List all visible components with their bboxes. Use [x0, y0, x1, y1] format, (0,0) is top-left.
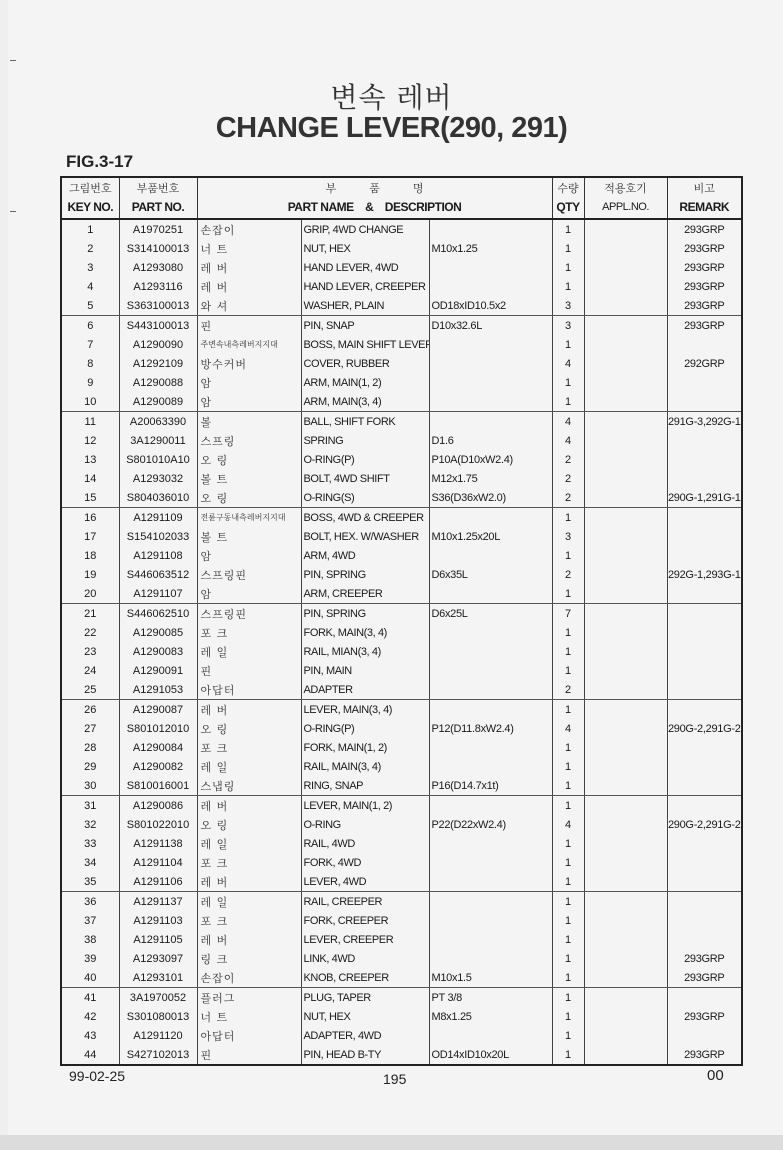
- part-name-english-cell: SPRING: [301, 431, 429, 450]
- remark-cell: [667, 776, 742, 796]
- qty-cell: 1: [552, 700, 584, 720]
- table-row: 39A1293097링 크LINK, 4WD1293GRP: [61, 949, 742, 968]
- remark-cell: [667, 834, 742, 853]
- table-row: 19S446063512스프링핀PIN, SPRINGD6x35L2292G-1…: [61, 565, 742, 584]
- part-name-korean-cell: 오 링: [197, 488, 301, 508]
- header-part-no: 부품번호 PART NO.: [119, 177, 197, 219]
- table-row: 21S446062510스프링핀PIN, SPRINGD6x25L7: [61, 604, 742, 624]
- table-row: 29A1290082레 일RAIL, MAIN(3, 4)1: [61, 757, 742, 776]
- header-qty: 수량 QTY: [552, 177, 584, 219]
- remark-cell: 293GRP: [667, 316, 742, 336]
- part-name-korean-cell: 레 버: [197, 872, 301, 892]
- part-no-cell: A1293097: [119, 949, 197, 968]
- table-row: 413A1970052플러그PLUG, TAPERPT 3/81: [61, 988, 742, 1008]
- part-name-korean-cell: 암: [197, 546, 301, 565]
- qty-cell: 1: [552, 853, 584, 872]
- part-name-korean-cell: 오 링: [197, 450, 301, 469]
- key-no-cell: 30: [61, 776, 119, 796]
- key-no-cell: 26: [61, 700, 119, 720]
- page-number: 195: [383, 1071, 406, 1087]
- part-spec-cell: [429, 661, 552, 680]
- table-row: 28A1290084포 크FORK, MAIN(1, 2)1: [61, 738, 742, 757]
- part-no-cell: S314100013: [119, 239, 197, 258]
- table-row: 22A1290085포 크FORK, MAIN(3, 4)1: [61, 623, 742, 642]
- remark-cell: [667, 335, 742, 354]
- appl-no-cell: [584, 508, 667, 528]
- qty-cell: 2: [552, 450, 584, 469]
- appl-no-cell: [584, 719, 667, 738]
- remark-cell: 290G-1,291G-1: [667, 488, 742, 508]
- part-no-cell: A1293101: [119, 968, 197, 988]
- appl-no-cell: [584, 988, 667, 1008]
- key-no-cell: 7: [61, 335, 119, 354]
- part-no-cell: A1291109: [119, 508, 197, 528]
- table-header-row: 그림번호 KEY NO. 부품번호 PART NO. 부 품 명 PART NA…: [61, 177, 742, 219]
- qty-cell: 3: [552, 527, 584, 546]
- table-row: 24A1290091 핀PIN, MAIN1: [61, 661, 742, 680]
- part-name-english-cell: FORK, MAIN(3, 4): [301, 623, 429, 642]
- part-name-korean-cell: 포 크: [197, 911, 301, 930]
- qty-cell: 4: [552, 412, 584, 432]
- part-name-korean-cell: 주변속내측레버지지대: [197, 335, 301, 354]
- part-spec-cell: P12(D11.8xW2.4): [429, 719, 552, 738]
- part-name-korean-cell: 스냅링: [197, 776, 301, 796]
- appl-no-cell: [584, 642, 667, 661]
- appl-no-cell: [584, 373, 667, 392]
- table-row: 37A1291103포 크FORK, CREEPER1: [61, 911, 742, 930]
- part-name-korean-cell: 와 셔: [197, 296, 301, 316]
- part-name-korean-cell: 너 트: [197, 1007, 301, 1026]
- qty-cell: 1: [552, 258, 584, 277]
- part-no-cell: S443100013: [119, 316, 197, 336]
- table-row: 13S801010A10오 링O-RING(P)P10A(D10xW2.4)2: [61, 450, 742, 469]
- remark-cell: [667, 527, 742, 546]
- appl-no-cell: [584, 296, 667, 316]
- remark-cell: [667, 1026, 742, 1045]
- key-no-cell: 18: [61, 546, 119, 565]
- remark-cell: 290G-2,291G-2: [667, 719, 742, 738]
- key-no-cell: 42: [61, 1007, 119, 1026]
- qty-cell: 1: [552, 892, 584, 912]
- table-row: 23A1290083레 일RAIL, MIAN(3, 4)1: [61, 642, 742, 661]
- appl-no-cell: [584, 469, 667, 488]
- part-name-english-cell: RING, SNAP: [301, 776, 429, 796]
- part-spec-cell: [429, 546, 552, 565]
- part-name-korean-cell: 볼 트: [197, 469, 301, 488]
- table-row: 36A1291137레 일RAIL, CREEPER1: [61, 892, 742, 912]
- appl-no-cell: [584, 776, 667, 796]
- key-no-cell: 27: [61, 719, 119, 738]
- remark-cell: 290G-2,291G-2: [667, 815, 742, 834]
- key-no-cell: 44: [61, 1045, 119, 1065]
- part-name-korean-cell: 너 트: [197, 239, 301, 258]
- part-name-english-cell: PIN, MAIN: [301, 661, 429, 680]
- part-name-korean-cell: 오 링: [197, 719, 301, 738]
- part-name-korean-cell: 링 크: [197, 949, 301, 968]
- appl-no-cell: [584, 335, 667, 354]
- appl-no-cell: [584, 930, 667, 949]
- part-spec-cell: [429, 930, 552, 949]
- part-name-english-cell: FORK, 4WD: [301, 853, 429, 872]
- qty-cell: 4: [552, 431, 584, 450]
- part-spec-cell: [429, 277, 552, 296]
- table-row: 16A1291109전륜구동내측레버지지대BOSS, 4WD & CREEPER…: [61, 508, 742, 528]
- part-name-english-cell: GRIP, 4WD CHANGE: [301, 219, 429, 239]
- part-no-cell: 3A1290011: [119, 431, 197, 450]
- part-spec-cell: [429, 1026, 552, 1045]
- part-name-korean-cell: 레 버: [197, 700, 301, 720]
- table-row: 15S804036010오 링O-RING(S)S36(D36xW2.0)229…: [61, 488, 742, 508]
- part-no-cell: A20063390: [119, 412, 197, 432]
- remark-cell: [667, 431, 742, 450]
- part-name-korean-cell: 포 크: [197, 738, 301, 757]
- qty-cell: 2: [552, 469, 584, 488]
- table-row: 20A1291107 암ARM, CREEPER1: [61, 584, 742, 604]
- qty-cell: 1: [552, 277, 584, 296]
- part-no-cell: S154102033: [119, 527, 197, 546]
- remark-cell: 293GRP: [667, 239, 742, 258]
- qty-cell: 1: [552, 1026, 584, 1045]
- remark-cell: [667, 680, 742, 700]
- footer-date: 99-02-25: [69, 1068, 125, 1084]
- part-name-korean-cell: 볼: [197, 412, 301, 432]
- revision-number: 00: [707, 1067, 724, 1084]
- table-row: 38A1291105레 버LEVER, CREEPER1: [61, 930, 742, 949]
- header-appl-no: 적용호기 APPL.NO.: [584, 177, 667, 219]
- appl-no-cell: [584, 239, 667, 258]
- part-name-english-cell: O-RING: [301, 815, 429, 834]
- part-name-english-cell: RAIL, MIAN(3, 4): [301, 642, 429, 661]
- part-spec-cell: [429, 354, 552, 373]
- part-name-korean-cell: 전륜구동내측레버지지대: [197, 508, 301, 528]
- remark-cell: 293GRP: [667, 949, 742, 968]
- part-spec-cell: [429, 949, 552, 968]
- part-no-cell: A1291138: [119, 834, 197, 853]
- part-name-korean-cell: 오 링: [197, 815, 301, 834]
- appl-no-cell: [584, 1007, 667, 1026]
- part-no-cell: S427102013: [119, 1045, 197, 1065]
- part-no-cell: A1290082: [119, 757, 197, 776]
- qty-cell: 1: [552, 239, 584, 258]
- table-row: 5S363100013와 셔WASHER, PLAINOD18xID10.5x2…: [61, 296, 742, 316]
- qty-cell: 1: [552, 930, 584, 949]
- qty-cell: 3: [552, 296, 584, 316]
- appl-no-cell: [584, 1026, 667, 1045]
- remark-cell: 292G-1,293G-1: [667, 565, 742, 584]
- part-name-korean-cell: 볼 트: [197, 527, 301, 546]
- qty-cell: 1: [552, 968, 584, 988]
- part-no-cell: A1291105: [119, 930, 197, 949]
- page-title-english: CHANGE LEVER(290, 291): [0, 112, 783, 145]
- remark-cell: [667, 469, 742, 488]
- key-no-cell: 34: [61, 853, 119, 872]
- part-name-english-cell: RAIL, 4WD: [301, 834, 429, 853]
- qty-cell: 1: [552, 584, 584, 604]
- part-spec-cell: [429, 892, 552, 912]
- part-name-korean-cell: 스프링핀: [197, 565, 301, 584]
- part-spec-cell: M12x1.75: [429, 469, 552, 488]
- table-row: 32S801022010오 링O-RINGP22(D22xW2.4)4290G-…: [61, 815, 742, 834]
- part-name-korean-cell: 레 버: [197, 277, 301, 296]
- part-name-korean-cell: 스프링: [197, 431, 301, 450]
- parts-table-body: 1A1970251손잡이GRIP, 4WD CHANGE1293GRP2S314…: [61, 219, 742, 1065]
- part-spec-cell: [429, 700, 552, 720]
- table-row: 4A1293116레 버HAND LEVER, CREEPER1293GRP: [61, 277, 742, 296]
- part-no-cell: A1291120: [119, 1026, 197, 1045]
- part-name-korean-cell: 아답터: [197, 1026, 301, 1045]
- part-spec-cell: [429, 738, 552, 757]
- part-name-english-cell: ARM, 4WD: [301, 546, 429, 565]
- appl-no-cell: [584, 796, 667, 816]
- table-row: 10A1290089 암ARM, MAIN(3, 4)1: [61, 392, 742, 412]
- part-no-cell: A1290089: [119, 392, 197, 412]
- remark-cell: 293GRP: [667, 1007, 742, 1026]
- appl-no-cell: [584, 853, 667, 872]
- key-no-cell: 31: [61, 796, 119, 816]
- part-name-korean-cell: 암: [197, 373, 301, 392]
- qty-cell: 1: [552, 738, 584, 757]
- appl-no-cell: [584, 892, 667, 912]
- part-name-korean-cell: 레 버: [197, 796, 301, 816]
- part-name-english-cell: O-RING(P): [301, 450, 429, 469]
- part-name-english-cell: O-RING(P): [301, 719, 429, 738]
- key-no-cell: 23: [61, 642, 119, 661]
- key-no-cell: 38: [61, 930, 119, 949]
- qty-cell: 4: [552, 354, 584, 373]
- table-row: 2S314100013너 트NUT, HEXM10x1.251293GRP: [61, 239, 742, 258]
- table-row: 17S154102033볼 트BOLT, HEX. W/WASHERM10x1.…: [61, 527, 742, 546]
- part-no-cell: A1293032: [119, 469, 197, 488]
- key-no-cell: 6: [61, 316, 119, 336]
- qty-cell: 4: [552, 719, 584, 738]
- part-spec-cell: P22(D22xW2.4): [429, 815, 552, 834]
- key-no-cell: 20: [61, 584, 119, 604]
- part-no-cell: A1290091: [119, 661, 197, 680]
- part-name-english-cell: LEVER, MAIN(1, 2): [301, 796, 429, 816]
- appl-no-cell: [584, 219, 667, 239]
- appl-no-cell: [584, 949, 667, 968]
- part-spec-cell: [429, 373, 552, 392]
- part-name-english-cell: FORK, MAIN(1, 2): [301, 738, 429, 757]
- key-no-cell: 29: [61, 757, 119, 776]
- qty-cell: 1: [552, 988, 584, 1008]
- part-name-english-cell: LEVER, 4WD: [301, 872, 429, 892]
- part-spec-cell: [429, 219, 552, 239]
- qty-cell: 1: [552, 911, 584, 930]
- appl-no-cell: [584, 546, 667, 565]
- part-spec-cell: [429, 392, 552, 412]
- remark-cell: [667, 892, 742, 912]
- key-no-cell: 33: [61, 834, 119, 853]
- remark-cell: [667, 392, 742, 412]
- part-name-english-cell: LINK, 4WD: [301, 949, 429, 968]
- part-name-english-cell: LEVER, MAIN(3, 4): [301, 700, 429, 720]
- part-spec-cell: [429, 584, 552, 604]
- key-no-cell: 28: [61, 738, 119, 757]
- part-name-english-cell: BOLT, 4WD SHIFT: [301, 469, 429, 488]
- part-name-korean-cell: 레 일: [197, 892, 301, 912]
- part-spec-cell: OD18xID10.5x2: [429, 296, 552, 316]
- part-name-english-cell: PIN, SPRING: [301, 565, 429, 584]
- part-name-english-cell: BALL, SHIFT FORK: [301, 412, 429, 432]
- remark-cell: [667, 988, 742, 1008]
- part-name-korean-cell: 방수커버: [197, 354, 301, 373]
- part-spec-cell: [429, 508, 552, 528]
- key-no-cell: 9: [61, 373, 119, 392]
- appl-no-cell: [584, 834, 667, 853]
- part-spec-cell: M10x1.25x20L: [429, 527, 552, 546]
- remark-cell: [667, 661, 742, 680]
- appl-no-cell: [584, 277, 667, 296]
- remark-cell: 293GRP: [667, 1045, 742, 1065]
- part-no-cell: A1970251: [119, 219, 197, 239]
- part-spec-cell: [429, 872, 552, 892]
- table-row: 27S801012010오 링O-RING(P)P12(D11.8xW2.4)4…: [61, 719, 742, 738]
- part-spec-cell: P10A(D10xW2.4): [429, 450, 552, 469]
- part-name-english-cell: BOSS, MAIN SHIFT LEVER: [301, 335, 429, 354]
- part-name-korean-cell: 레 일: [197, 642, 301, 661]
- qty-cell: 1: [552, 1007, 584, 1026]
- appl-no-cell: [584, 1045, 667, 1065]
- key-no-cell: 19: [61, 565, 119, 584]
- part-spec-cell: [429, 258, 552, 277]
- table-row: 8A1292109방수커버COVER, RUBBER4292GRP: [61, 354, 742, 373]
- appl-no-cell: [584, 527, 667, 546]
- part-name-korean-cell: 레 버: [197, 258, 301, 277]
- page-title-korean: 변속 레버: [0, 76, 783, 116]
- part-spec-cell: D6x25L: [429, 604, 552, 624]
- part-name-english-cell: WASHER, PLAIN: [301, 296, 429, 316]
- remark-cell: 291G-3,292G-1: [667, 412, 742, 432]
- key-no-cell: 16: [61, 508, 119, 528]
- part-no-cell: A1291103: [119, 911, 197, 930]
- key-no-cell: 12: [61, 431, 119, 450]
- remark-cell: [667, 584, 742, 604]
- part-name-english-cell: O-RING(S): [301, 488, 429, 508]
- part-name-korean-cell: 손잡이: [197, 968, 301, 988]
- qty-cell: 1: [552, 757, 584, 776]
- key-no-cell: 11: [61, 412, 119, 432]
- key-no-cell: 21: [61, 604, 119, 624]
- part-name-korean-cell: 포 크: [197, 623, 301, 642]
- remark-cell: 293GRP: [667, 258, 742, 277]
- remark-cell: [667, 700, 742, 720]
- part-spec-cell: [429, 853, 552, 872]
- part-spec-cell: M8x1.25: [429, 1007, 552, 1026]
- part-spec-cell: M10x1.25: [429, 239, 552, 258]
- appl-no-cell: [584, 872, 667, 892]
- header-key-no: 그림번호 KEY NO.: [61, 177, 119, 219]
- part-name-english-cell: ADAPTER: [301, 680, 429, 700]
- part-no-cell: A1291104: [119, 853, 197, 872]
- remark-cell: [667, 508, 742, 528]
- part-name-korean-cell: 레 일: [197, 757, 301, 776]
- part-name-english-cell: ARM, CREEPER: [301, 584, 429, 604]
- qty-cell: 1: [552, 642, 584, 661]
- key-no-cell: 24: [61, 661, 119, 680]
- remark-cell: [667, 546, 742, 565]
- part-name-english-cell: PIN, SNAP: [301, 316, 429, 336]
- appl-no-cell: [584, 604, 667, 624]
- part-spec-cell: [429, 642, 552, 661]
- part-name-english-cell: KNOB, CREEPER: [301, 968, 429, 988]
- appl-no-cell: [584, 450, 667, 469]
- appl-no-cell: [584, 354, 667, 373]
- part-no-cell: 3A1970052: [119, 988, 197, 1008]
- key-no-cell: 35: [61, 872, 119, 892]
- qty-cell: 4: [552, 815, 584, 834]
- qty-cell: 1: [552, 949, 584, 968]
- key-no-cell: 32: [61, 815, 119, 834]
- table-row: 35A1291106레 버LEVER, 4WD1: [61, 872, 742, 892]
- part-name-korean-cell: 암: [197, 584, 301, 604]
- appl-no-cell: [584, 815, 667, 834]
- part-no-cell: A1290083: [119, 642, 197, 661]
- qty-cell: 1: [552, 872, 584, 892]
- part-name-english-cell: ARM, MAIN(3, 4): [301, 392, 429, 412]
- qty-cell: 2: [552, 488, 584, 508]
- part-spec-cell: [429, 911, 552, 930]
- appl-no-cell: [584, 680, 667, 700]
- part-no-cell: A1290088: [119, 373, 197, 392]
- part-name-english-cell: HAND LEVER, CREEPER: [301, 277, 429, 296]
- part-name-english-cell: ARM, MAIN(1, 2): [301, 373, 429, 392]
- part-no-cell: A1290086: [119, 796, 197, 816]
- remark-cell: [667, 738, 742, 757]
- remark-cell: 293GRP: [667, 968, 742, 988]
- part-name-english-cell: PLUG, TAPER: [301, 988, 429, 1008]
- part-no-cell: S801010A10: [119, 450, 197, 469]
- appl-no-cell: [584, 757, 667, 776]
- header-remark: 비고 REMARK: [667, 177, 742, 219]
- part-spec-cell: [429, 834, 552, 853]
- header-part-name: 부 품 명 PART NAME & DESCRIPTION: [197, 177, 552, 219]
- qty-cell: 1: [552, 546, 584, 565]
- part-spec-cell: [429, 335, 552, 354]
- part-name-english-cell: ADAPTER, 4WD: [301, 1026, 429, 1045]
- table-row: 18A1291108 암ARM, 4WD1: [61, 546, 742, 565]
- part-name-korean-cell: 핀: [197, 316, 301, 336]
- part-no-cell: S363100013: [119, 296, 197, 316]
- table-row: 44S427102013 핀PIN, HEAD B-TYOD14xID10x20…: [61, 1045, 742, 1065]
- appl-no-cell: [584, 584, 667, 604]
- table-row: 14A1293032볼 트BOLT, 4WD SHIFTM12x1.752: [61, 469, 742, 488]
- qty-cell: 1: [552, 796, 584, 816]
- part-name-english-cell: HAND LEVER, 4WD: [301, 258, 429, 277]
- part-name-korean-cell: 플러그: [197, 988, 301, 1008]
- part-name-english-cell: LEVER, CREEPER: [301, 930, 429, 949]
- key-no-cell: 2: [61, 239, 119, 258]
- key-no-cell: 15: [61, 488, 119, 508]
- scan-edge-mark: [10, 60, 16, 61]
- qty-cell: 2: [552, 680, 584, 700]
- table-row: 33A1291138레 일RAIL, 4WD1: [61, 834, 742, 853]
- part-no-cell: S810016001: [119, 776, 197, 796]
- qty-cell: 1: [552, 508, 584, 528]
- table-row: 123A1290011스프링SPRINGD1.64: [61, 431, 742, 450]
- remark-cell: [667, 604, 742, 624]
- table-row: 31A1290086레 버LEVER, MAIN(1, 2)1: [61, 796, 742, 816]
- appl-no-cell: [584, 700, 667, 720]
- remark-cell: 292GRP: [667, 354, 742, 373]
- table-row: 26A1290087레 버LEVER, MAIN(3, 4)1: [61, 700, 742, 720]
- qty-cell: 1: [552, 661, 584, 680]
- part-no-cell: S446062510: [119, 604, 197, 624]
- part-spec-cell: D1.6: [429, 431, 552, 450]
- key-no-cell: 37: [61, 911, 119, 930]
- part-name-korean-cell: 핀: [197, 661, 301, 680]
- table-row: 3A1293080레 버HAND LEVER, 4WD1293GRP: [61, 258, 742, 277]
